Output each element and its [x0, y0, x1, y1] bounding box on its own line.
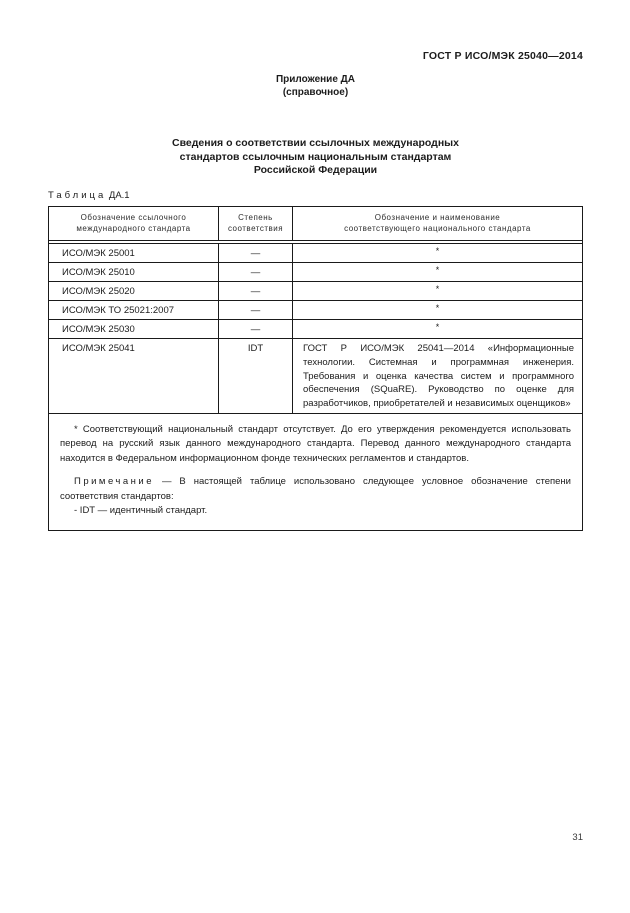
cell-standard: ИСО/МЭК 25041 — [49, 339, 219, 413]
cell-national: * — [293, 261, 582, 279]
note-label: Примечание — [74, 476, 154, 487]
column-header-national-standard: Обозначение и наименование соответствующ… — [293, 207, 582, 240]
appendix-heading: Приложение ДА (справочное) — [48, 74, 583, 99]
cell-national: ГОСТ Р ИСО/МЭК 25041—2014 «Информационны… — [293, 339, 582, 413]
table-row: ИСО/МЭК 25030 — * — [49, 320, 582, 339]
cell-degree: — — [219, 282, 293, 300]
table-row: ИСО/МЭК 25041 IDT ГОСТ Р ИСО/МЭК 25041—2… — [49, 339, 582, 414]
note-item-idt: - IDT — идентичный стандарт. — [60, 504, 571, 519]
table-header-row: Обозначение ссылочного международного ст… — [49, 207, 582, 244]
cell-standard: ИСО/МЭК 25030 — [49, 320, 219, 338]
document-page: ГОСТ Р ИСО/МЭК 25040—2014 Приложение ДА … — [0, 0, 630, 913]
document-header: ГОСТ Р ИСО/МЭК 25040—2014 — [48, 50, 583, 62]
cell-national: * — [293, 280, 582, 298]
table-footnote-section: * Соответствующий национальный стандарт … — [49, 414, 582, 530]
footnote-text: * Соответствующий национальный стандарт … — [60, 423, 571, 467]
section-title-line: Сведения о соответствии ссылочных междун… — [48, 137, 583, 151]
cell-degree: IDT — [219, 339, 293, 413]
cell-degree: — — [219, 320, 293, 338]
cell-national: * — [293, 299, 582, 317]
table-label: Таблица ДА.1 — [48, 190, 583, 201]
cell-degree: — — [219, 244, 293, 262]
section-title: Сведения о соответствии ссылочных междун… — [48, 137, 583, 178]
cell-national: * — [293, 242, 582, 260]
appendix-title: Приложение ДА — [48, 74, 583, 87]
note-paragraph: Примечание — В настоящей таблице использ… — [60, 475, 571, 504]
section-title-line: стандартов ссылочным национальным станда… — [48, 151, 583, 165]
column-header-degree: Степень соответствия — [219, 207, 293, 240]
cell-standard: ИСО/МЭК 25020 — [49, 282, 219, 300]
cell-national: * — [293, 318, 582, 336]
national-standard-description: ГОСТ Р ИСО/МЭК 25041—2014 «Информационны… — [293, 339, 582, 413]
cell-standard: ИСО/МЭК 25010 — [49, 263, 219, 281]
table-label-word: Таблица — [48, 190, 106, 201]
cell-degree: — — [219, 263, 293, 281]
table-label-number: ДА.1 — [109, 190, 130, 201]
appendix-subtitle: (справочное) — [48, 87, 583, 100]
cell-standard: ИСО/МЭК 25001 — [49, 244, 219, 262]
section-title-line: Российской Федерации — [48, 164, 583, 178]
table-da1: Обозначение ссылочного международного ст… — [48, 206, 583, 531]
cell-degree: — — [219, 301, 293, 319]
page-number: 31 — [48, 832, 583, 843]
column-header-international-standard: Обозначение ссылочного международного ст… — [49, 207, 219, 240]
cell-standard: ИСО/МЭК ТО 25021:2007 — [49, 301, 219, 319]
